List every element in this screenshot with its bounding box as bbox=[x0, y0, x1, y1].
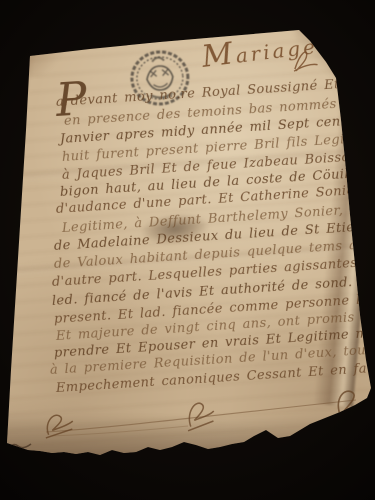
paraph-flourish-icon bbox=[181, 395, 218, 435]
photo-stage: Mariage Pardevant moy no.re Royal Soussi… bbox=[0, 0, 375, 500]
paraph-flourish-icon bbox=[41, 407, 77, 443]
manuscript-paper: Mariage Pardevant moy no.re Royal Soussi… bbox=[0, 0, 375, 500]
margin-scribble-icon bbox=[6, 440, 34, 454]
paraph-flourish-icon bbox=[329, 383, 368, 425]
